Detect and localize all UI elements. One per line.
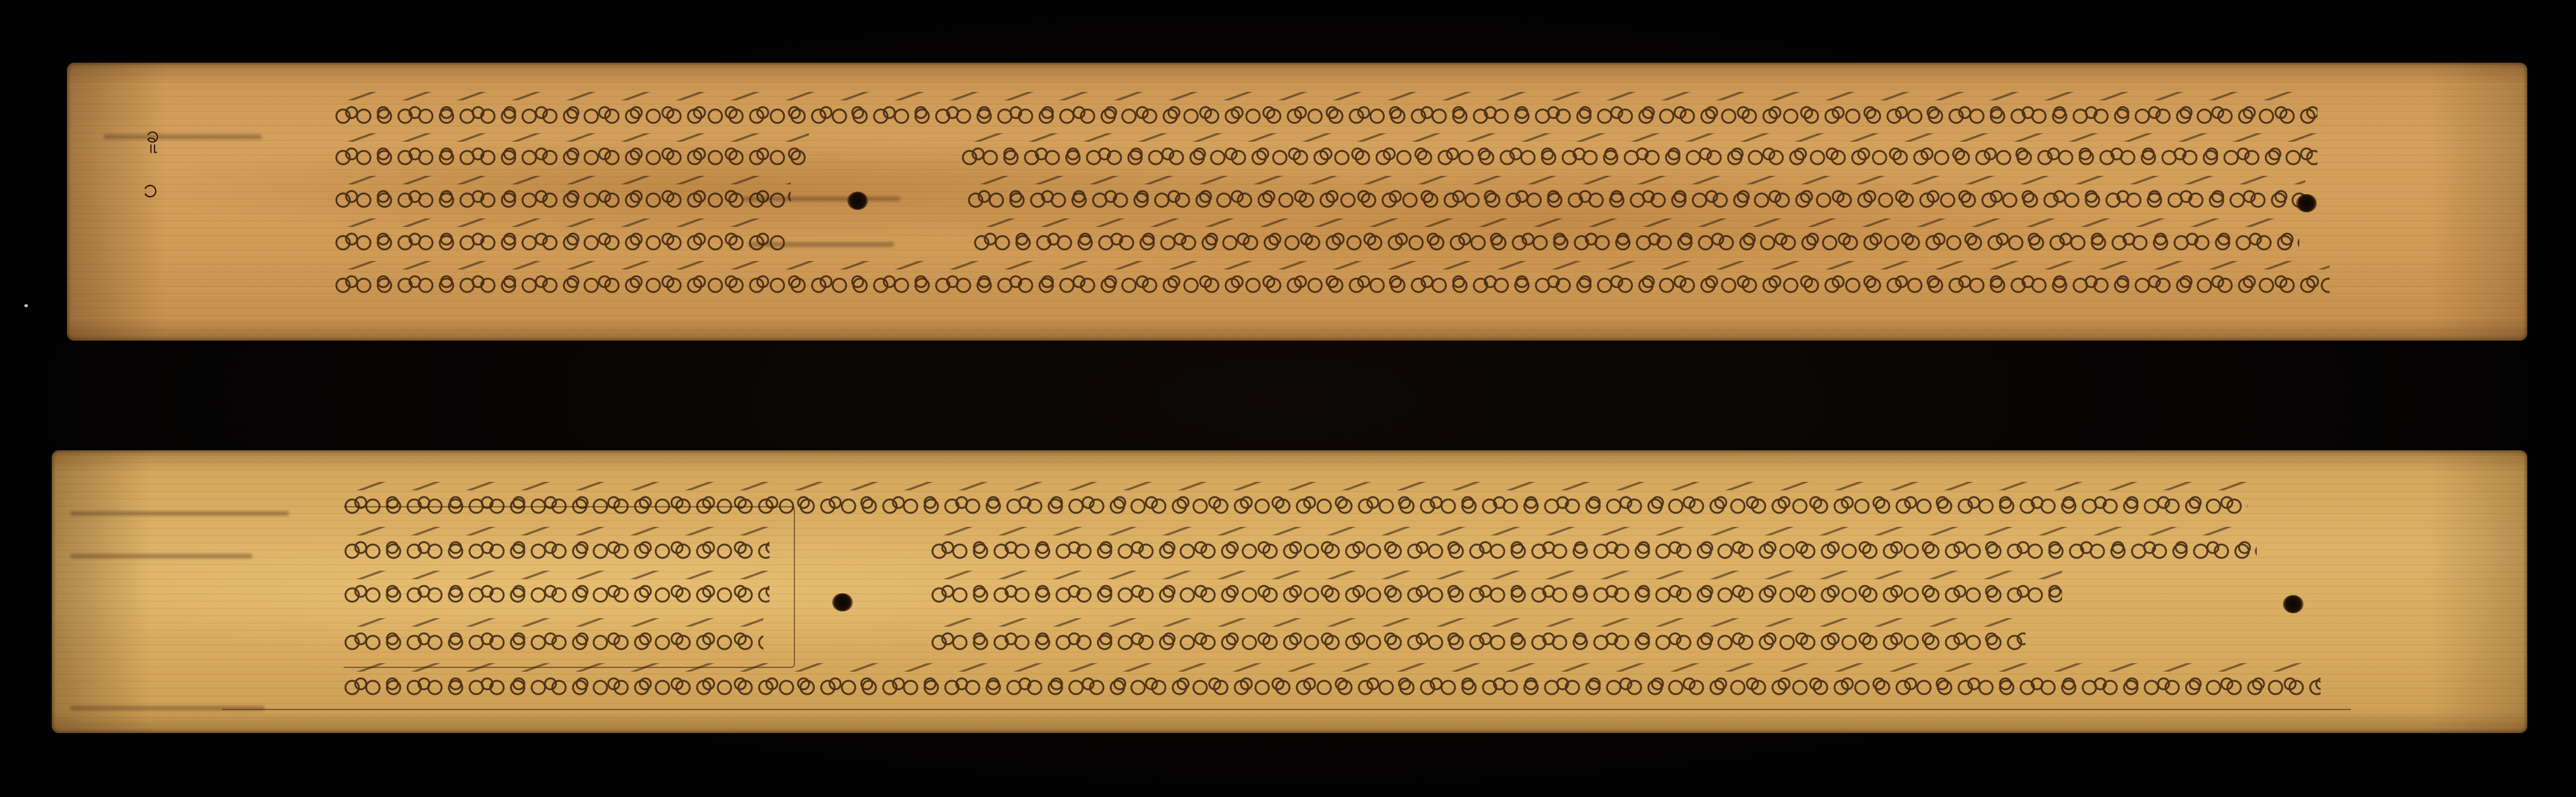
- text-line-3-left: [Burmese script line 3 — interrupted at …: [344, 579, 769, 606]
- string-hole-right: [2283, 595, 2303, 613]
- string-hole-right: [2296, 194, 2317, 212]
- ruling-smear: [70, 554, 252, 559]
- text-line-1: [Burmese script line 1 — continuous acro…: [335, 100, 2317, 127]
- ruling-line: [222, 709, 2351, 710]
- text-line-5: [Burmese script line 5 — continuous acro…: [335, 270, 2330, 296]
- text-line-2-left: [Burmese script line 2 — interrupted at …: [335, 142, 809, 169]
- text-line-4-left: [Burmese script line 4 — interrupted at …: [335, 227, 785, 254]
- ruling-smear: [103, 134, 262, 139]
- dust-speck: [24, 304, 28, 307]
- text-line-2-right: [931, 535, 2257, 562]
- string-hole-left: [847, 192, 868, 210]
- text-line-3-right: [967, 184, 2305, 211]
- text-line-3-left: [Burmese script line 3 — interrupted at …: [335, 184, 791, 211]
- text-line-1: [Burmese script line 1 — continuous acro…: [344, 490, 2248, 517]
- text-line-3-right: [931, 579, 2062, 606]
- text-line-4-left: [Burmese script line 4 — interrupted at …: [344, 627, 763, 653]
- text-line-4-right: [931, 627, 2026, 653]
- palm-leaf-bottom: Burmese (Myanmar) incised stylus script …: [52, 450, 2527, 733]
- ruling-smear: [70, 511, 289, 516]
- text-line-2-right: [961, 142, 2317, 169]
- leaf-numeral: ၁: [143, 175, 159, 202]
- text-line-5: [Burmese script line 5 — continuous acro…: [344, 672, 2321, 698]
- string-hole-left: [832, 593, 853, 611]
- palm-leaf-top: Burmese (Myanmar) incised stylus script …: [67, 63, 2527, 341]
- text-line-2-left: [Burmese script line 2 — interrupted at …: [344, 535, 769, 562]
- text-line-4-right: [973, 227, 2299, 254]
